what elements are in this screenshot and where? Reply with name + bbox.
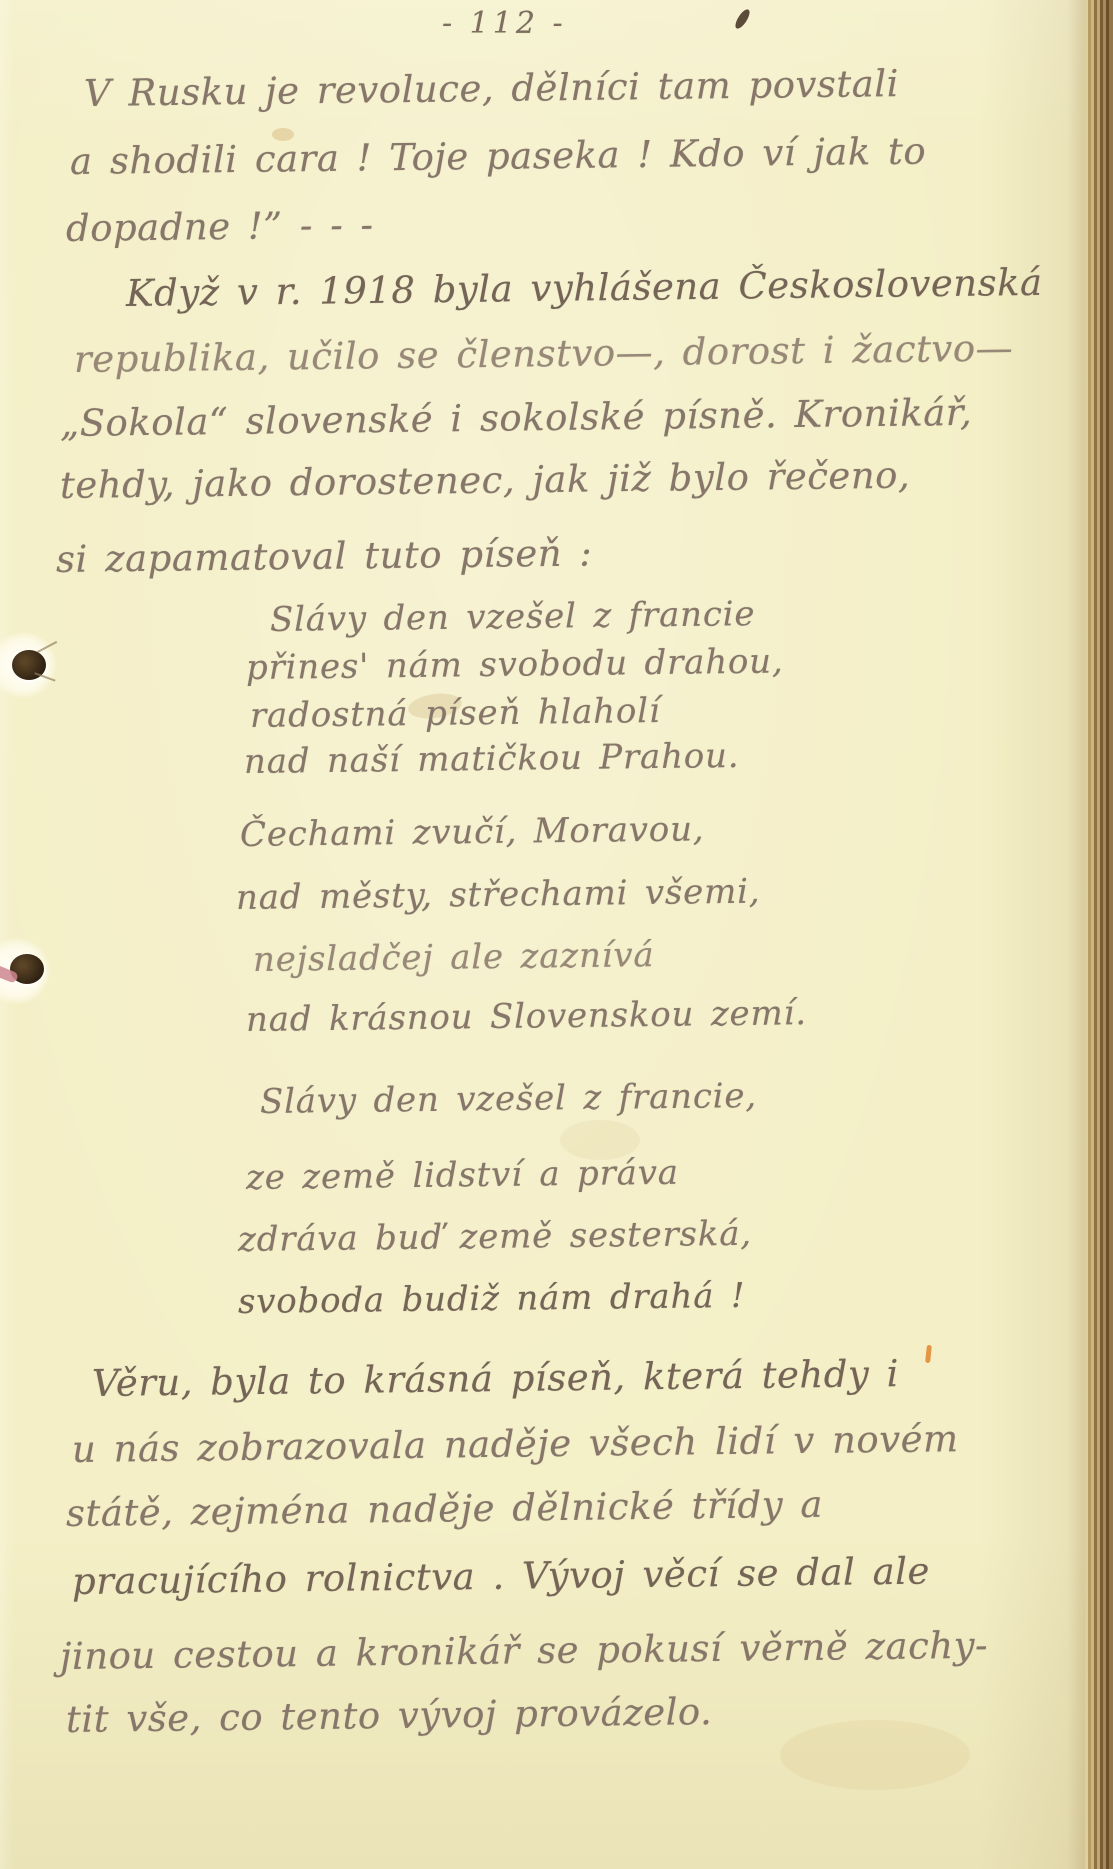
- verse-line: svoboda budiž nám drahá !: [238, 1276, 746, 1322]
- verse-line: radostná píseň hlaholí: [250, 691, 661, 736]
- chronicle-page: - 112 - V Rusku je revoluce, dělníci tam…: [0, 0, 1113, 1869]
- handwritten-line: „Sokola“ slovenské i sokolské písně. Kro…: [60, 391, 973, 445]
- hole-punch-icon: [0, 632, 56, 698]
- verse-line: Slávy den vzešel z francie,: [260, 1076, 757, 1122]
- handwritten-line: dopadne !” - - -: [66, 203, 374, 250]
- handwritten-line: pracujícího rolnictva . Vývoj věcí se da…: [72, 1550, 930, 1603]
- paper-stain: [780, 1720, 970, 1790]
- verse-line: nad krásnou Slovenskou zemí.: [246, 993, 807, 1040]
- ink-mark: [733, 7, 751, 31]
- page-stack-edge: [1085, 0, 1113, 1869]
- handwritten-line: státě, zejména naděje dělnické třídy a: [66, 1483, 823, 1535]
- verse-line: Čechami zvučí, Moravou,: [240, 809, 705, 855]
- page-curl-shadow: [1067, 0, 1085, 1869]
- handwritten-line: si zapamatoval tuto píseň :: [56, 531, 593, 581]
- verse-line: Slávy den vzešel z francie: [270, 594, 756, 640]
- handwritten-line: u nás zobrazovala naděje všech lidí v no…: [72, 1417, 959, 1471]
- handwritten-line: Když v r. 1918 byla vyhlášena Českoslove…: [126, 261, 1043, 315]
- verse-line: přines' nám svobodu drahou,: [246, 641, 784, 688]
- verse-line: zdráva buď země sesterská,: [238, 1214, 752, 1260]
- paper-stain: [925, 1345, 932, 1363]
- handwritten-line: a shodili cara ! Toje paseka ! Kdo ví ja…: [70, 130, 927, 183]
- handwritten-line: Věru, byla to krásná píseň, která tehdy …: [92, 1352, 899, 1405]
- hole-punch-icon: [0, 938, 50, 1004]
- handwritten-line: jinou cestou a kronikář se pokusí věrně …: [60, 1624, 989, 1678]
- verse-line: ze země lidství a práva: [246, 1153, 679, 1198]
- handwritten-line: tehdy, jako dorostenec, jak již bylo řeč…: [60, 454, 911, 507]
- page-number: - 112 -: [442, 6, 567, 41]
- verse-line: nad naší matičkou Prahou.: [244, 736, 740, 782]
- verse-line: nejsladčej ale zaznívá: [253, 935, 655, 980]
- handwritten-line: republika, učilo se členstvo—, dorost i …: [74, 327, 1014, 381]
- handwritten-line: tit vše, co tento vývoj provázelo.: [66, 1690, 713, 1741]
- handwritten-line: V Rusku je revoluce, dělníci tam povstal…: [84, 62, 899, 115]
- verse-line: nad městy, střechami všemi,: [236, 872, 761, 918]
